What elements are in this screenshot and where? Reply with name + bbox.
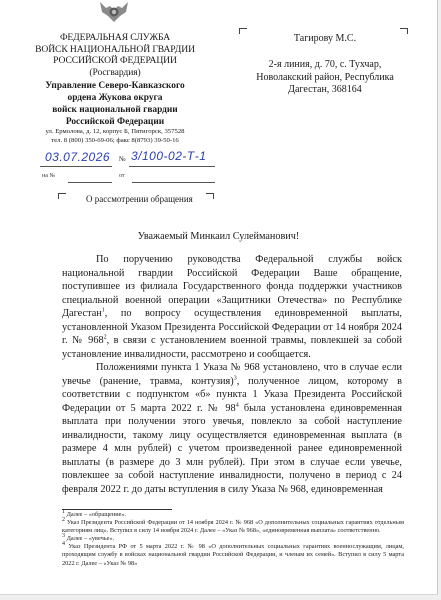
subject-line: О рассмотрении обращения [86, 194, 193, 204]
body-text: , в связи с установлением военной травмы… [62, 335, 402, 360]
date-underline [40, 166, 112, 167]
footnote: 1 Далее – «обращение». [62, 511, 404, 519]
footnote-text: Далее – «обращение». [65, 511, 126, 518]
subdivision-line: ордена Жукова округа [10, 92, 220, 104]
body-paragraph: Положениями пункта 1 Указа № 968 установ… [62, 361, 402, 496]
from-label: от [119, 173, 125, 179]
footnote-separator [62, 509, 172, 510]
document-page: ФЕДЕРАЛЬНАЯ СЛУЖБА ВОЙСК НАЦИОНАЛЬНОЙ ГВ… [0, 0, 438, 595]
sender-address: ул. Ермолова, д. 12, корпус Б, Пятигорск… [10, 127, 220, 145]
org-line: ВОЙСК НАЦИОНАЛЬНОЙ ГВАРДИИ [10, 44, 220, 56]
registration-date: 03.07.2026 [45, 150, 110, 164]
subdivision-line: Управление Северо-Кавказского [10, 80, 220, 92]
recipient-address-line: Дагестан, 368164 [240, 84, 410, 97]
footnotes: 1 Далее – «обращение». 2 Указ Президента… [62, 511, 404, 568]
eagle-emblem-icon [96, 0, 132, 22]
org-line: ФЕДЕРАЛЬНАЯ СЛУЖБА [10, 32, 220, 44]
ref-number-field [68, 182, 112, 183]
footnote-text: Указ Президента Российской Федерации от … [62, 519, 404, 534]
body-paragraph: По поручению руководства Федеральной слу… [62, 253, 402, 361]
recipient-name: Тагирову М.С. [240, 33, 410, 46]
registration-number: 3/100-02-Т-1 [131, 149, 206, 163]
subject-corner-mark [206, 193, 214, 199]
recipient-address-line: Новолакский район, Республика [240, 72, 410, 85]
ref-number-label: на № [42, 173, 55, 179]
greeting: Уважаемый Минкаил Сулейманович! [0, 231, 437, 242]
letter-body: По поручению руководства Федеральной слу… [62, 253, 402, 496]
footnote: 2 Указ Президента Российской Федерации о… [62, 519, 404, 535]
recipient-address: 2-я линия, д. 70, с. Тухчар, Новолакский… [240, 59, 410, 97]
footnote-text: Далее – «увечье». [65, 535, 114, 542]
number-label: № [119, 155, 126, 163]
from-date-field [132, 182, 215, 183]
recipient-address-line: 2-я линия, д. 70, с. Тухчар, [240, 59, 410, 72]
phone-line: тел. 8 (800) 350-69-06; факс 8(8793) 39-… [10, 136, 220, 145]
subject-corner-mark [58, 193, 66, 199]
body-text: была установлена единовременная выплата … [62, 403, 402, 495]
org-line: РОССИЙСКОЙ ФЕДЕРАЦИИ [10, 55, 220, 67]
org-short-name: (Росгвардия) [10, 67, 220, 79]
subdivision-name: Управление Северо-Кавказского ордена Жук… [10, 80, 220, 128]
footnote-text: Указ Президента РФ от 5 марта 2022 г. № … [62, 543, 404, 566]
footnote: 4 Указ Президента РФ от 5 марта 2022 г. … [62, 543, 404, 567]
address-line: ул. Ермолова, д. 12, корпус Б, Пятигорск… [10, 127, 220, 136]
subdivision-line: войск национальной гвардии [10, 104, 220, 116]
organization-name: ФЕДЕРАЛЬНАЯ СЛУЖБА ВОЙСК НАЦИОНАЛЬНОЙ ГВ… [10, 32, 220, 78]
number-underline [129, 166, 215, 167]
